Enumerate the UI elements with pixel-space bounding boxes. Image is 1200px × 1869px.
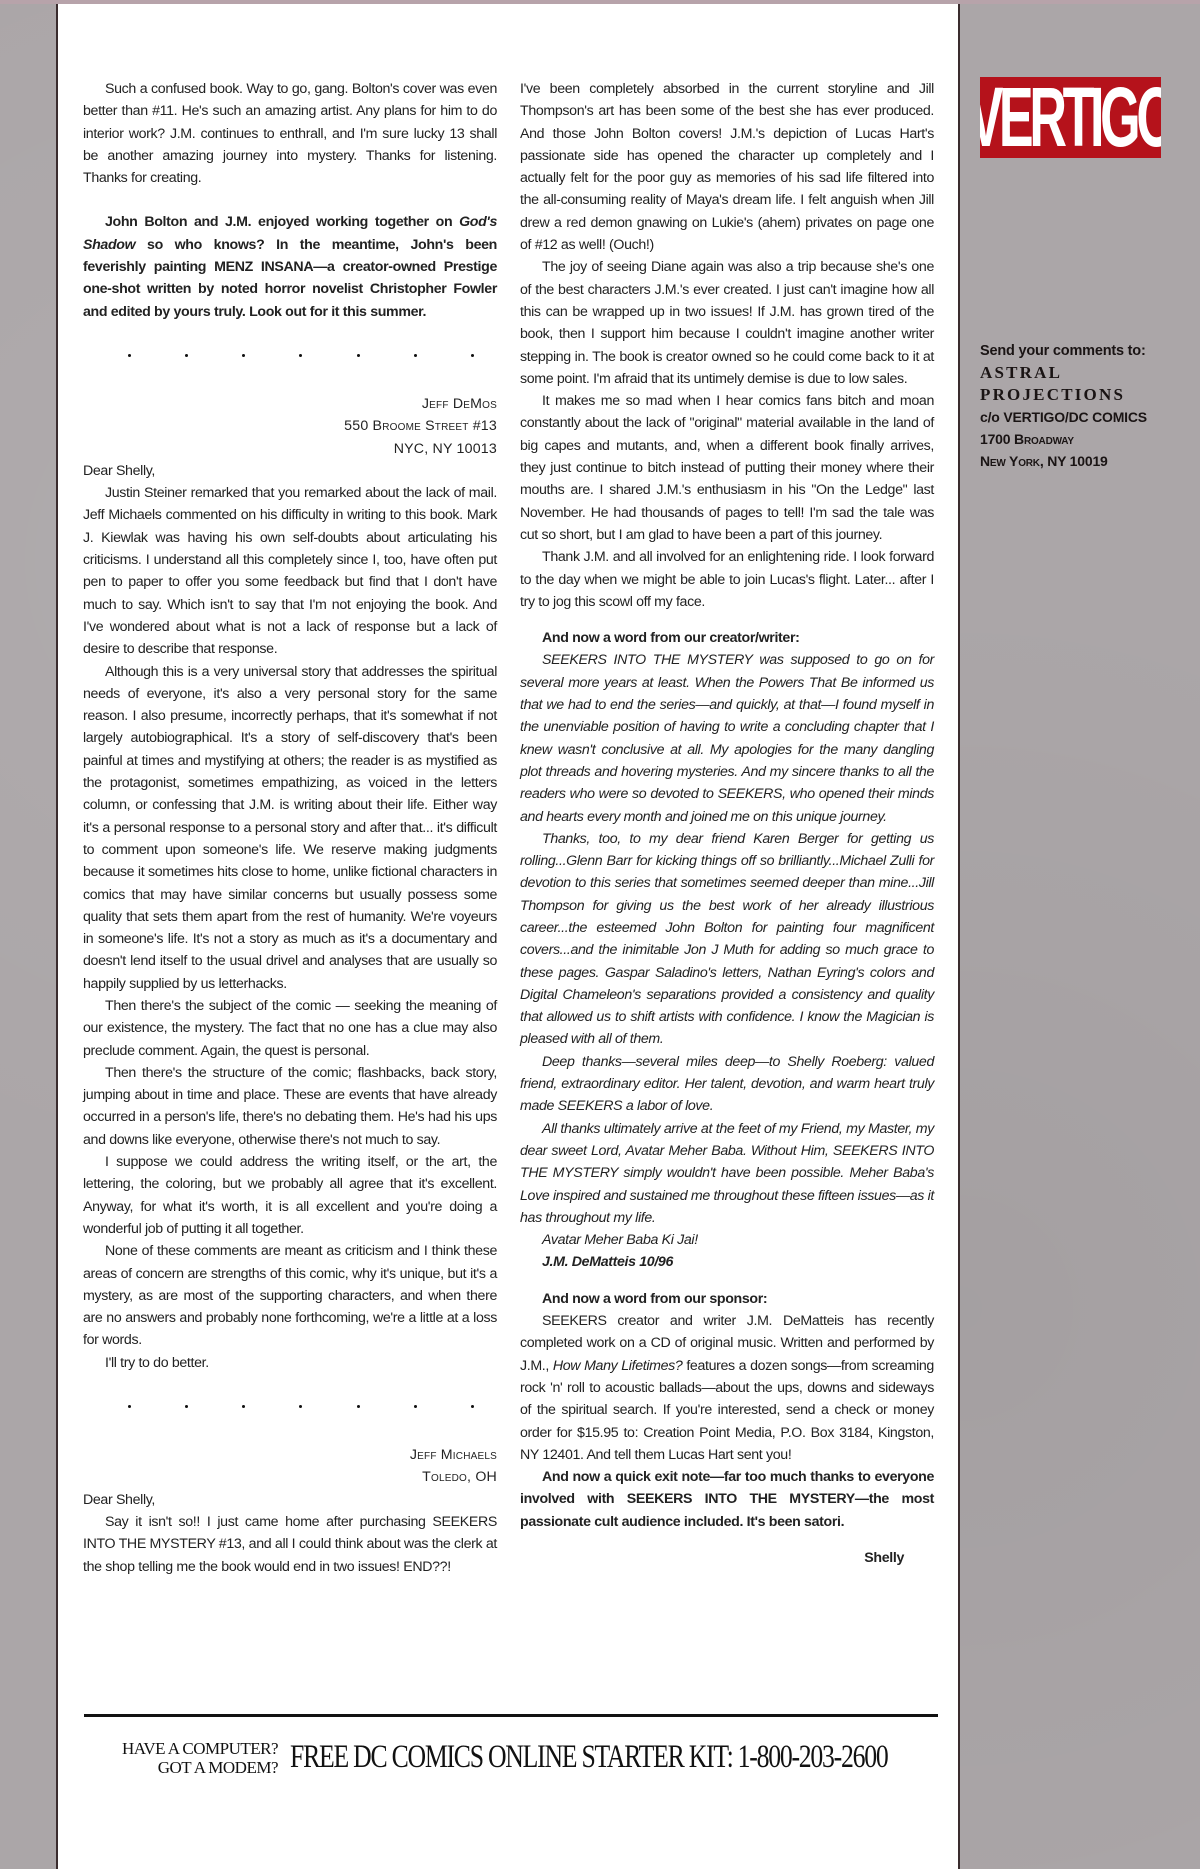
address-line: 1700 Broadway [980, 428, 1190, 450]
dc-online-ad: HAVE A COMPUTER? GOT A MODEM? FREE DC CO… [84, 1733, 938, 1785]
creator-heading: And now a word from our creator/writer: [520, 627, 934, 649]
left-column: Such a confused book. Way to go, gang. B… [83, 78, 497, 1578]
letter-paragraph: None of these comments are meant as crit… [83, 1240, 497, 1351]
sender-name: Jeff Michaels [83, 1444, 497, 1466]
sender-name: Jeff DeMos [83, 393, 497, 415]
section-divider-dots [83, 345, 497, 367]
sponsor-paragraph: SEEKERS creator and writer J.M. DeMattei… [520, 1310, 934, 1466]
letter-paragraph: Say it isn't so!! I just came home after… [83, 1511, 497, 1578]
horizontal-rule [84, 1714, 938, 1717]
send-comments-label: Send your comments to: [980, 340, 1190, 362]
sender-city: NYC, NY 10013 [83, 438, 497, 460]
right-column: I've been completely absorbed in the cur… [520, 78, 934, 1584]
salutation: Dear Shelly, [83, 1489, 497, 1511]
address-line: New York, NY 10019 [980, 450, 1190, 472]
creator-paragraph: Thanks, too, to my dear friend Karen Ber… [520, 828, 934, 1051]
sender-address: Jeff DeMos 550 Broome Street #13 NYC, NY… [83, 393, 497, 460]
album-title: How Many Lifetimes? [553, 1358, 683, 1374]
column-name: ASTRAL [980, 362, 1190, 384]
sender-street: 550 Broome Street #13 [83, 415, 497, 437]
letter-paragraph: Such a confused book. Way to go, gang. B… [83, 78, 497, 189]
creator-paragraph: Deep thanks—several miles deep—to Shelly… [520, 1051, 934, 1118]
letter-paragraph: Then there's the subject of the comic — … [83, 995, 497, 1062]
ad-headline: FREE DC COMICS ONLINE STARTER KIT: 1-800… [290, 1739, 887, 1775]
editor-reply: John Bolton and J.M. enjoyed working tog… [83, 211, 497, 322]
letter-paragraph: Then there's the structure of the comic;… [83, 1062, 497, 1151]
letter-paragraph: Justin Steiner remarked that you remarke… [83, 482, 497, 660]
letter-paragraph: I suppose we could address the writing i… [83, 1151, 497, 1240]
vertigo-logo: VERTIGO [980, 77, 1161, 158]
sender-city: Toledo, OH [83, 1466, 497, 1488]
letter-paragraph: I've been completely absorbed in the cur… [520, 78, 934, 256]
section-divider-dots [83, 1396, 497, 1418]
letter-paragraph: The joy of seeing Diane again was also a… [520, 256, 934, 390]
editor-signature: Shelly [520, 1547, 934, 1569]
sponsor-heading: And now a word from our sponsor: [520, 1288, 934, 1310]
sender-address: Jeff Michaels Toledo, OH [83, 1444, 497, 1489]
letter-paragraph: Although this is a very universal story … [83, 661, 497, 995]
ad-question: HAVE A COMPUTER? GOT A MODEM? [88, 1739, 278, 1777]
letter-paragraph: I'll try to do better. [83, 1352, 497, 1374]
creator-paragraph: All thanks ultimately arrive at the feet… [520, 1118, 934, 1229]
creator-paragraph: Avatar Meher Baba Ki Jai! [520, 1229, 934, 1251]
mailing-address-block: Send your comments to: ASTRAL PROJECTION… [980, 340, 1190, 472]
column-name: PROJECTIONS [980, 384, 1190, 406]
creator-signature: J.M. DeMatteis 10/96 [520, 1251, 934, 1273]
address-line: c/o VERTIGO/DC COMICS [980, 406, 1190, 428]
letter-paragraph: It makes me so mad when I hear comics fa… [520, 390, 934, 546]
salutation: Dear Shelly, [83, 460, 497, 482]
exit-note: And now a quick exit note—far too much t… [520, 1466, 934, 1533]
letter-paragraph: Thank J.M. and all involved for an enlig… [520, 546, 934, 613]
creator-paragraph: SEEKERS INTO THE MYSTERY was supposed to… [520, 649, 934, 827]
